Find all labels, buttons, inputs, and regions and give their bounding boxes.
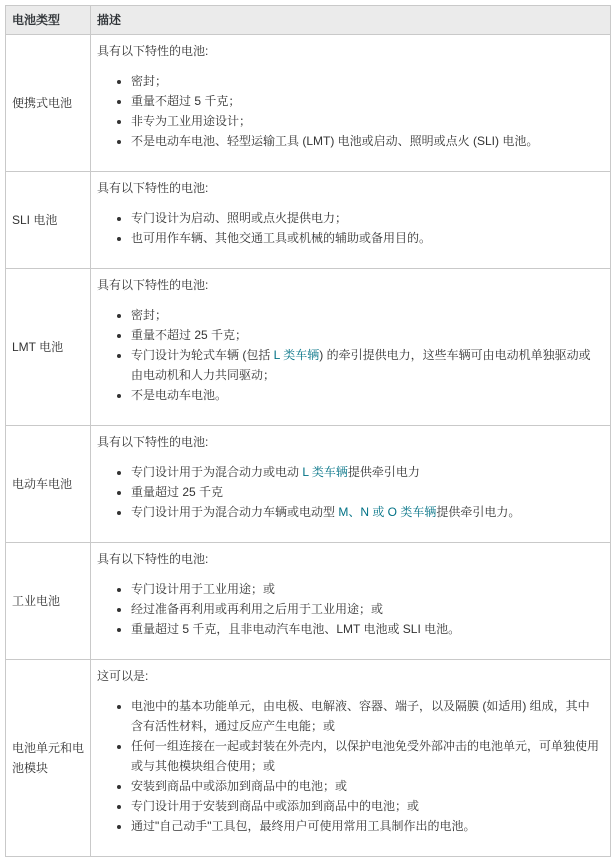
- description-intro: 具有以下特性的电池:: [97, 41, 600, 61]
- description-cell: 这可以是:电池中的基本功能单元，由电极、电解液、容器、端子，以及隔膜 (如适用)…: [91, 660, 611, 857]
- vehicle-category-link[interactable]: M、N 或 O 类车辆: [338, 505, 436, 519]
- description-bullet-list: 专门设计为启动、照明或点火提供电力；也可用作车辆、其他交通工具或机械的辅助或备用…: [97, 208, 600, 248]
- table-row: LMT 电池具有以下特性的电池:密封；重量不超过 25 千克；专门设计为轮式车辆…: [6, 269, 611, 426]
- battery-type-cell: 电动车电池: [6, 426, 91, 543]
- description-cell: 具有以下特性的电池:专门设计用于为混合动力或电动 L 类车辆提供牵引电力重量超过…: [91, 426, 611, 543]
- description-intro: 这可以是:: [97, 666, 600, 686]
- table-header: 电池类型 描述: [6, 6, 611, 35]
- bullet-item: 非专为工业用途设计；: [131, 111, 600, 131]
- bullet-item: 不是电动车电池。: [131, 385, 600, 405]
- bullet-item: 密封；: [131, 71, 600, 91]
- bullet-item: 专门设计用于安装到商品中或添加到商品中的电池；或: [131, 796, 600, 816]
- bullet-item: 重量不超过 5 千克；: [131, 91, 600, 111]
- bullet-item: 通过"自己动手"工具包，最终用户可使用常用工具制作出的电池。: [131, 816, 600, 836]
- description-bullet-list: 密封；重量不超过 25 千克；专门设计为轮式车辆 (包括 L 类车辆) 的牵引提…: [97, 305, 600, 405]
- bullet-item: 也可用作车辆、其他交通工具或机械的辅助或备用目的。: [131, 228, 600, 248]
- description-bullet-list: 密封；重量不超过 5 千克；非专为工业用途设计；不是电动车电池、轻型运输工具 (…: [97, 71, 600, 151]
- bullet-item: 专门设计用于为混合动力或电动 L 类车辆提供牵引电力: [131, 462, 600, 482]
- description-intro: 具有以下特性的电池:: [97, 432, 600, 452]
- description-bullet-list: 专门设计用于为混合动力或电动 L 类车辆提供牵引电力重量超过 25 千克专门设计…: [97, 462, 600, 522]
- bullet-item: 密封；: [131, 305, 600, 325]
- bullet-item: 专门设计为启动、照明或点火提供电力；: [131, 208, 600, 228]
- battery-types-table: 电池类型 描述 便携式电池具有以下特性的电池:密封；重量不超过 5 千克；非专为…: [5, 5, 611, 857]
- column-header-description: 描述: [91, 6, 611, 35]
- battery-type-cell: 便携式电池: [6, 35, 91, 172]
- bullet-item: 重量超过 5 千克，且非电动汽车电池、LMT 电池或 SLI 电池。: [131, 619, 600, 639]
- description-intro: 具有以下特性的电池:: [97, 178, 600, 198]
- page: 电池类型 描述 便携式电池具有以下特性的电池:密封；重量不超过 5 千克；非专为…: [0, 0, 616, 862]
- table-row: 电动车电池具有以下特性的电池:专门设计用于为混合动力或电动 L 类车辆提供牵引电…: [6, 426, 611, 543]
- table-row: SLI 电池具有以下特性的电池:专门设计为启动、照明或点火提供电力；也可用作车辆…: [6, 172, 611, 269]
- description-cell: 具有以下特性的电池:密封；重量不超过 5 千克；非专为工业用途设计；不是电动车电…: [91, 35, 611, 172]
- table-row: 工业电池具有以下特性的电池:专门设计用于工业用途；或经过准备再利用或再利用之后用…: [6, 543, 611, 660]
- bullet-item: 重量超过 25 千克: [131, 482, 600, 502]
- bullet-item: 任何一组连接在一起或封装在外壳内，以保护电池免受外部冲击的电池单元，可单独使用或…: [131, 736, 600, 776]
- header-row: 电池类型 描述: [6, 6, 611, 35]
- bullet-item: 不是电动车电池、轻型运输工具 (LMT) 电池或启动、照明或点火 (SLI) 电…: [131, 131, 600, 151]
- battery-type-cell: 电池单元和电池模块: [6, 660, 91, 857]
- bullet-item: 电池中的基本功能单元，由电极、电解液、容器、端子，以及隔膜 (如适用) 组成，其…: [131, 696, 600, 736]
- column-header-battery-type: 电池类型: [6, 6, 91, 35]
- description-bullet-list: 电池中的基本功能单元，由电极、电解液、容器、端子，以及隔膜 (如适用) 组成，其…: [97, 696, 600, 836]
- description-cell: 具有以下特性的电池:专门设计用于工业用途；或经过准备再利用或再利用之后用于工业用…: [91, 543, 611, 660]
- description-cell: 具有以下特性的电池:密封；重量不超过 25 千克；专门设计为轮式车辆 (包括 L…: [91, 269, 611, 426]
- bullet-item: 专门设计为轮式车辆 (包括 L 类车辆) 的牵引提供电力，这些车辆可由电动机单独…: [131, 345, 600, 385]
- bullet-item: 重量不超过 25 千克；: [131, 325, 600, 345]
- battery-type-cell: LMT 电池: [6, 269, 91, 426]
- bullet-item: 专门设计用于工业用途；或: [131, 579, 600, 599]
- vehicle-category-link[interactable]: L 类车辆: [274, 348, 320, 362]
- description-bullet-list: 专门设计用于工业用途；或经过准备再利用或再利用之后用于工业用途；或重量超过 5 …: [97, 579, 600, 639]
- description-cell: 具有以下特性的电池:专门设计为启动、照明或点火提供电力；也可用作车辆、其他交通工…: [91, 172, 611, 269]
- battery-type-cell: SLI 电池: [6, 172, 91, 269]
- table-body: 便携式电池具有以下特性的电池:密封；重量不超过 5 千克；非专为工业用途设计；不…: [6, 35, 611, 857]
- description-intro: 具有以下特性的电池:: [97, 549, 600, 569]
- battery-type-cell: 工业电池: [6, 543, 91, 660]
- table-row: 电池单元和电池模块这可以是:电池中的基本功能单元，由电极、电解液、容器、端子，以…: [6, 660, 611, 857]
- bullet-item: 安装到商品中或添加到商品中的电池；或: [131, 776, 600, 796]
- bullet-item: 专门设计用于为混合动力车辆或电动型 M、N 或 O 类车辆提供牵引电力。: [131, 502, 600, 522]
- description-intro: 具有以下特性的电池:: [97, 275, 600, 295]
- bullet-item: 经过准备再利用或再利用之后用于工业用途；或: [131, 599, 600, 619]
- table-row: 便携式电池具有以下特性的电池:密封；重量不超过 5 千克；非专为工业用途设计；不…: [6, 35, 611, 172]
- vehicle-category-link[interactable]: L 类车辆: [302, 465, 348, 479]
